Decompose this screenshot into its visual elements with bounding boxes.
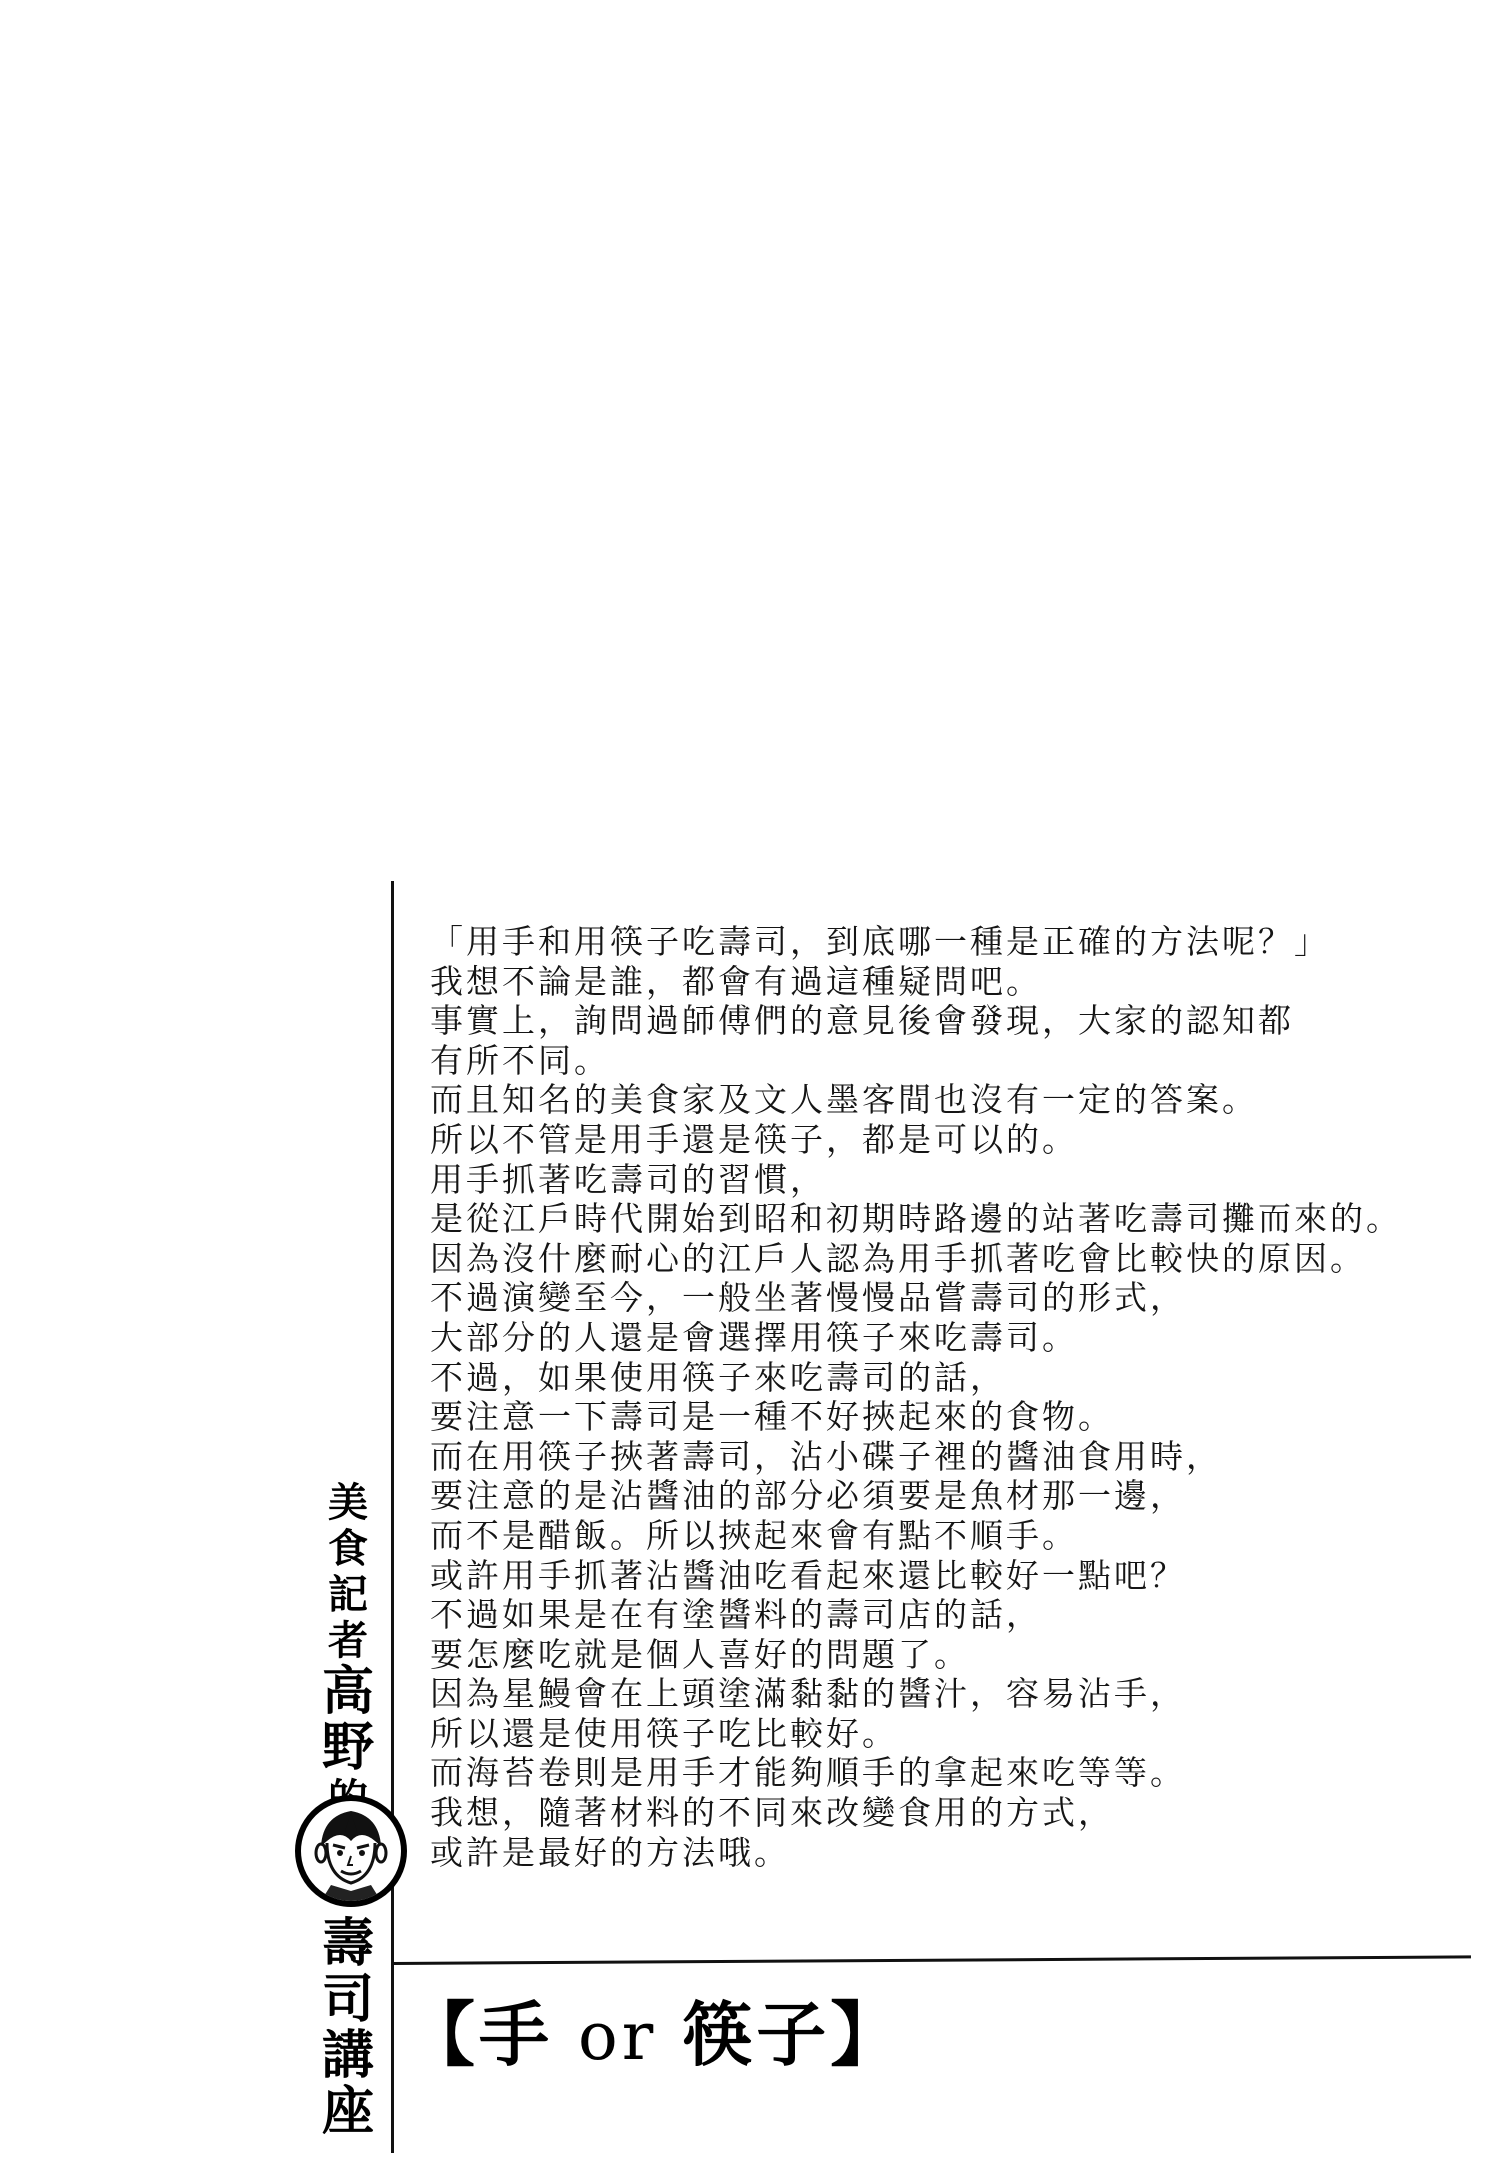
article-line: 或許用手抓著沾醬油吃看起來還比較好一點吧？ [430, 1556, 1470, 1596]
article-line: 事實上，詢問過師傅們的意見後會發現，大家的認知都 [430, 1001, 1470, 1041]
article-line: 而在用筷子挾著壽司，沾小碟子裡的醬油食用時， [430, 1437, 1470, 1477]
title-open-bracket: 【 [405, 1993, 479, 2076]
article-title: 【手 or 筷子】 [405, 1990, 904, 2082]
article-line: 或許是最好的方法哦。 [430, 1833, 1470, 1873]
article-line: 要怎麼吃就是個人喜好的問題了。 [430, 1635, 1470, 1675]
article-line: 所以不管是用手還是筷子，都是可以的。 [430, 1120, 1470, 1160]
article-line: 我想，隨著材料的不同來改變食用的方式， [430, 1793, 1470, 1833]
series-title-char: 食 [328, 1526, 368, 1572]
series-title-char: 講 [322, 2028, 374, 2084]
series-title-char: 記 [328, 1572, 368, 1618]
article-line: 用手抓著吃壽司的習慣， [430, 1160, 1470, 1200]
article-line: 是從江戶時代開始到昭和初期時路邊的站著吃壽司攤而來的。 [430, 1199, 1470, 1239]
article-line: 而且知名的美食家及文人墨客間也沒有一定的答案。 [430, 1080, 1470, 1120]
article-line: 要注意的是沾醬油的部分必須要是魚材那一邊， [430, 1476, 1470, 1516]
article-line: 不過，如果使用筷子來吃壽司的話， [430, 1358, 1470, 1398]
article-line: 有所不同。 [430, 1041, 1470, 1081]
horizontal-divider [393, 1955, 1471, 1965]
chef-face-icon [295, 1795, 407, 1907]
series-title-vertical: 美 食 記 者 高 野 的 [318, 1480, 378, 1822]
article-line: 而不是醋飯。所以挾起來會有點不順手。 [430, 1516, 1470, 1556]
series-title-char: 美 [328, 1480, 368, 1526]
series-title-char: 野 [322, 1720, 374, 1776]
title-connector: or [553, 1998, 682, 2075]
article-line: 「用手和用筷子吃壽司，到底哪一種是正確的方法呢？」 [430, 922, 1470, 962]
article-line: 大部分的人還是會選擇用筷子來吃壽司。 [430, 1318, 1470, 1358]
article-line: 我想不論是誰，都會有過這種疑問吧。 [430, 962, 1470, 1002]
series-title-char: 高 [322, 1664, 374, 1720]
article-line: 因為星鰻會在上頭塗滿黏黏的醬汁，容易沾手， [430, 1674, 1470, 1714]
article-line: 要注意一下壽司是一種不好挾起來的食物。 [430, 1397, 1470, 1437]
series-title-char: 座 [322, 2084, 374, 2140]
article-line: 而海苔卷則是用手才能夠順手的拿起來吃等等。 [430, 1753, 1470, 1793]
article-line: 不過演變至今，一般坐著慢慢品嘗壽司的形式， [430, 1278, 1470, 1318]
article-line: 所以還是使用筷子吃比較好。 [430, 1714, 1470, 1754]
series-title-char: 者 [328, 1618, 368, 1664]
title-part-hand: 手 [479, 1993, 553, 2076]
series-title-vertical-bottom: 壽 司 講 座 [318, 1916, 378, 2140]
article-body: 「用手和用筷子吃壽司，到底哪一種是正確的方法呢？」 我想不論是誰，都會有過這種疑… [430, 922, 1470, 1872]
series-title-char: 司 [322, 1972, 374, 2028]
title-part-chopsticks: 筷子 [682, 1993, 830, 2076]
article-line: 因為沒什麼耐心的江戶人認為用手抓著吃會比較快的原因。 [430, 1239, 1470, 1279]
title-close-bracket: 】 [830, 1993, 904, 2076]
article-line: 不過如果是在有塗醬料的壽司店的話， [430, 1595, 1470, 1635]
series-title-char: 壽 [322, 1916, 374, 1972]
